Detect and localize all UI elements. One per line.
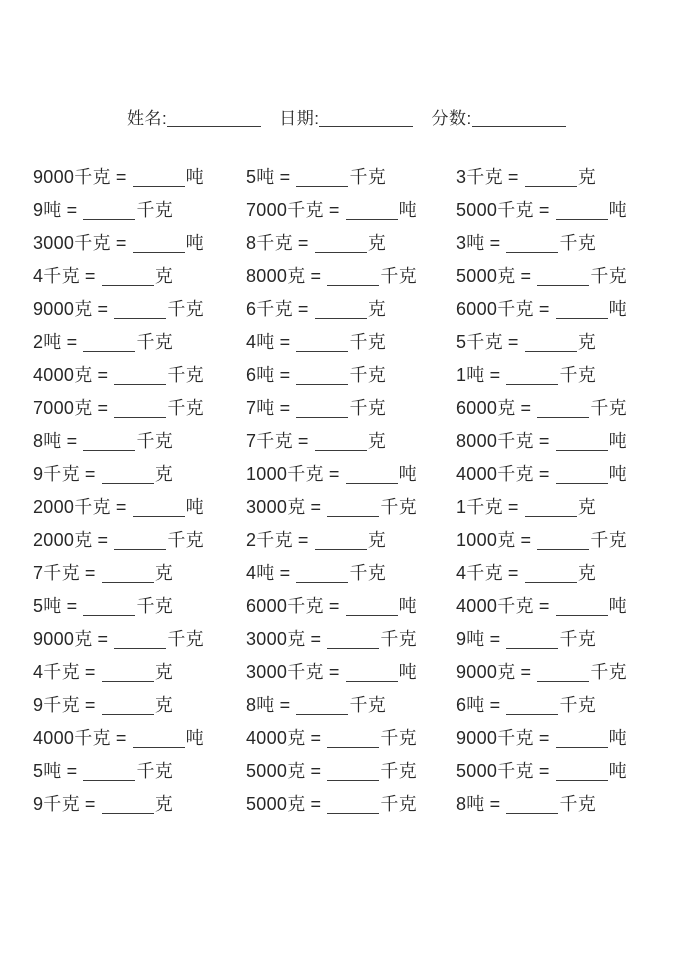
- answer-unit-label: 吨: [609, 728, 627, 748]
- problem-given-value: 9000克: [456, 662, 516, 682]
- problem-row: 8千克=克: [246, 227, 455, 260]
- equals-sign: =: [490, 794, 501, 814]
- equals-sign: =: [98, 299, 109, 319]
- problem-given-value: 4吨: [246, 332, 275, 352]
- problem-row: 1000克=千克: [456, 524, 676, 557]
- equals-sign: =: [116, 167, 127, 187]
- name-field-blank-line: [167, 122, 261, 127]
- answer-unit-label: 千克: [559, 695, 596, 715]
- problem-row: 9千克=克: [33, 788, 245, 821]
- answer-blank-line: [556, 776, 608, 781]
- answer-unit-label: 克: [578, 332, 596, 352]
- answer-blank-line: [327, 644, 379, 649]
- answer-blank-line: [83, 446, 135, 451]
- equals-sign: =: [539, 200, 550, 220]
- problem-row: 6吨=千克: [246, 359, 455, 392]
- answer-unit-label: 克: [155, 563, 173, 583]
- answer-blank-line: [102, 809, 154, 814]
- answer-unit-label: 千克: [136, 200, 173, 220]
- answer-unit-label: 千克: [167, 398, 204, 418]
- equals-sign: =: [85, 563, 96, 583]
- score-field: 分数:: [431, 104, 565, 129]
- equals-sign: =: [280, 695, 291, 715]
- problem-given-value: 6吨: [456, 695, 485, 715]
- answer-blank-line: [83, 347, 135, 352]
- problem-given-value: 2000克: [33, 530, 93, 550]
- answer-blank-line: [525, 182, 577, 187]
- problem-row: 2000克=千克: [33, 524, 245, 557]
- equals-sign: =: [98, 629, 109, 649]
- problem-given-value: 7吨: [246, 398, 275, 418]
- problem-given-value: 9000千克: [33, 167, 111, 187]
- answer-unit-label: 吨: [399, 464, 417, 484]
- equals-sign: =: [329, 596, 340, 616]
- problem-given-value: 3000千克: [33, 233, 111, 253]
- answer-blank-line: [556, 446, 608, 451]
- answer-unit-label: 千克: [349, 332, 386, 352]
- problem-row: 6000千克=吨: [456, 293, 676, 326]
- problem-row: 9吨=千克: [456, 623, 676, 656]
- equals-sign: =: [298, 431, 309, 451]
- problem-row: 4千克=克: [33, 656, 245, 689]
- problem-given-value: 9吨: [456, 629, 485, 649]
- equals-sign: =: [298, 233, 309, 253]
- answer-blank-line: [537, 413, 589, 418]
- problem-given-value: 9000克: [33, 299, 93, 319]
- equals-sign: =: [508, 332, 519, 352]
- problem-row: 4000千克=吨: [33, 722, 245, 755]
- equals-sign: =: [311, 266, 322, 286]
- problem-given-value: 4000千克: [456, 596, 534, 616]
- answer-blank-line: [315, 545, 367, 550]
- problem-given-value: 5吨: [33, 596, 62, 616]
- problem-given-value: 4吨: [246, 563, 275, 583]
- problem-row: 3吨=千克: [456, 227, 676, 260]
- problem-given-value: 9千克: [33, 464, 80, 484]
- problem-row: 3000克=千克: [246, 623, 455, 656]
- answer-blank-line: [83, 611, 135, 616]
- equals-sign: =: [508, 167, 519, 187]
- answer-blank-line: [296, 347, 348, 352]
- problem-row: 2千克=克: [246, 524, 455, 557]
- answer-blank-line: [525, 578, 577, 583]
- equals-sign: =: [85, 695, 96, 715]
- problem-row: 9000克=千克: [456, 656, 676, 689]
- name-field-label: 姓名:: [127, 104, 167, 129]
- answer-blank-line: [346, 479, 398, 484]
- answer-blank-line: [346, 215, 398, 220]
- problem-given-value: 5000千克: [456, 761, 534, 781]
- equals-sign: =: [67, 761, 78, 781]
- answer-blank-line: [506, 644, 558, 649]
- answer-unit-label: 吨: [609, 464, 627, 484]
- answer-blank-line: [556, 479, 608, 484]
- equals-sign: =: [311, 497, 322, 517]
- answer-unit-label: 吨: [609, 299, 627, 319]
- answer-blank-line: [114, 314, 166, 319]
- answer-blank-line: [506, 809, 558, 814]
- equals-sign: =: [539, 761, 550, 781]
- problem-given-value: 4千克: [456, 563, 503, 583]
- equals-sign: =: [539, 596, 550, 616]
- problem-given-value: 5000克: [246, 761, 306, 781]
- problem-row: 6千克=克: [246, 293, 455, 326]
- answer-unit-label: 吨: [186, 233, 204, 253]
- problem-given-value: 2吨: [33, 332, 62, 352]
- problem-row: 5000千克=吨: [456, 194, 676, 227]
- problem-given-value: 4000克: [33, 365, 93, 385]
- answer-unit-label: 千克: [380, 761, 417, 781]
- problem-given-value: 1千克: [456, 497, 503, 517]
- problem-row: 1000千克=吨: [246, 458, 455, 491]
- answer-unit-label: 吨: [186, 497, 204, 517]
- answer-blank-line: [114, 644, 166, 649]
- problem-given-value: 2千克: [246, 530, 293, 550]
- problem-row: 5千克=克: [456, 326, 676, 359]
- problem-row: 3000克=千克: [246, 491, 455, 524]
- problem-row: 9000千克=吨: [456, 722, 676, 755]
- problem-given-value: 7千克: [246, 431, 293, 451]
- problem-given-value: 1000克: [456, 530, 516, 550]
- answer-blank-line: [346, 611, 398, 616]
- answer-unit-label: 克: [155, 695, 173, 715]
- equals-sign: =: [490, 233, 501, 253]
- answer-blank-line: [296, 413, 348, 418]
- problem-row: 2吨=千克: [33, 326, 245, 359]
- answer-unit-label: 千克: [590, 662, 627, 682]
- problem-row: 2000千克=吨: [33, 491, 245, 524]
- problem-given-value: 8吨: [33, 431, 62, 451]
- equals-sign: =: [298, 299, 309, 319]
- equals-sign: =: [98, 398, 109, 418]
- problem-row: 5吨=千克: [246, 161, 455, 194]
- equals-sign: =: [311, 629, 322, 649]
- answer-unit-label: 吨: [609, 761, 627, 781]
- answer-blank-line: [506, 710, 558, 715]
- answer-unit-label: 克: [368, 233, 386, 253]
- problem-given-value: 4千克: [33, 662, 80, 682]
- equals-sign: =: [280, 365, 291, 385]
- equals-sign: =: [329, 464, 340, 484]
- equals-sign: =: [85, 464, 96, 484]
- answer-unit-label: 千克: [380, 266, 417, 286]
- answer-blank-line: [556, 611, 608, 616]
- problem-given-value: 6千克: [246, 299, 293, 319]
- answer-blank-line: [525, 347, 577, 352]
- answer-blank-line: [133, 248, 185, 253]
- answer-unit-label: 吨: [186, 167, 204, 187]
- problem-row: 5000克=千克: [246, 755, 455, 788]
- answer-unit-label: 千克: [349, 167, 386, 187]
- problem-given-value: 7000千克: [246, 200, 324, 220]
- answer-unit-label: 克: [578, 497, 596, 517]
- equals-sign: =: [329, 662, 340, 682]
- problem-row: 7000千克=吨: [246, 194, 455, 227]
- date-field: 日期:: [279, 104, 413, 129]
- answer-unit-label: 千克: [559, 365, 596, 385]
- problem-given-value: 3000千克: [246, 662, 324, 682]
- answer-unit-label: 千克: [559, 233, 596, 253]
- answer-unit-label: 千克: [590, 266, 627, 286]
- problem-given-value: 9千克: [33, 695, 80, 715]
- answer-unit-label: 千克: [136, 596, 173, 616]
- problem-given-value: 4000千克: [33, 728, 111, 748]
- problem-row: 9千克=克: [33, 689, 245, 722]
- problem-given-value: 3000克: [246, 629, 306, 649]
- answer-unit-label: 千克: [380, 629, 417, 649]
- worksheet-page: 姓名: 日期: 分数: 9000千克=吨9吨=千克3000千克=吨4千克=克90…: [0, 0, 684, 968]
- answer-blank-line: [102, 479, 154, 484]
- equals-sign: =: [311, 761, 322, 781]
- answer-blank-line: [296, 578, 348, 583]
- problem-row: 8000克=千克: [246, 260, 455, 293]
- answer-blank-line: [296, 380, 348, 385]
- problem-row: 7吨=千克: [246, 392, 455, 425]
- equals-sign: =: [116, 497, 127, 517]
- equals-sign: =: [85, 794, 96, 814]
- problem-row: 7千克=克: [246, 425, 455, 458]
- answer-unit-label: 吨: [609, 431, 627, 451]
- problem-row: 5吨=千克: [33, 590, 245, 623]
- problem-row: 7000克=千克: [33, 392, 245, 425]
- answer-unit-label: 克: [368, 530, 386, 550]
- answer-blank-line: [537, 677, 589, 682]
- equals-sign: =: [311, 728, 322, 748]
- answer-unit-label: 克: [155, 794, 173, 814]
- problem-given-value: 5000千克: [456, 200, 534, 220]
- problem-row: 8吨=千克: [246, 689, 455, 722]
- problem-given-value: 4000克: [246, 728, 306, 748]
- problem-row: 3000千克=吨: [33, 227, 245, 260]
- answer-unit-label: 克: [368, 431, 386, 451]
- answer-blank-line: [133, 743, 185, 748]
- problem-row: 4千克=克: [456, 557, 676, 590]
- answer-blank-line: [327, 743, 379, 748]
- answer-unit-label: 千克: [167, 530, 204, 550]
- answer-unit-label: 千克: [380, 497, 417, 517]
- answer-blank-line: [315, 314, 367, 319]
- equals-sign: =: [539, 431, 550, 451]
- equals-sign: =: [98, 365, 109, 385]
- answer-unit-label: 克: [155, 266, 173, 286]
- answer-blank-line: [102, 578, 154, 583]
- problem-row: 4千克=克: [33, 260, 245, 293]
- problem-given-value: 9000克: [33, 629, 93, 649]
- answer-unit-label: 千克: [380, 794, 417, 814]
- problem-given-value: 2000千克: [33, 497, 111, 517]
- problem-row: 4000克=千克: [246, 722, 455, 755]
- answer-blank-line: [525, 512, 577, 517]
- problem-row: 8吨=千克: [456, 788, 676, 821]
- problem-row: 5000克=千克: [246, 788, 455, 821]
- equals-sign: =: [280, 167, 291, 187]
- equals-sign: =: [508, 563, 519, 583]
- equals-sign: =: [521, 662, 532, 682]
- answer-unit-label: 吨: [399, 662, 417, 682]
- answer-unit-label: 克: [578, 563, 596, 583]
- equals-sign: =: [67, 431, 78, 451]
- equals-sign: =: [508, 497, 519, 517]
- problem-given-value: 9吨: [33, 200, 62, 220]
- answer-blank-line: [556, 215, 608, 220]
- answer-blank-line: [296, 710, 348, 715]
- equals-sign: =: [280, 332, 291, 352]
- answer-blank-line: [537, 545, 589, 550]
- equals-sign: =: [280, 398, 291, 418]
- problem-given-value: 8000千克: [456, 431, 534, 451]
- problem-row: 4000千克=吨: [456, 590, 676, 623]
- problem-row: 7千克=克: [33, 557, 245, 590]
- problem-row: 6000千克=吨: [246, 590, 455, 623]
- answer-unit-label: 千克: [136, 332, 173, 352]
- answer-blank-line: [315, 446, 367, 451]
- answer-blank-line: [83, 215, 135, 220]
- problem-row: 6吨=千克: [456, 689, 676, 722]
- score-field-label: 分数:: [431, 104, 471, 129]
- answer-unit-label: 千克: [349, 695, 386, 715]
- equals-sign: =: [490, 629, 501, 649]
- problem-given-value: 9000千克: [456, 728, 534, 748]
- problem-given-value: 4000千克: [456, 464, 534, 484]
- problem-given-value: 3千克: [456, 167, 503, 187]
- problem-given-value: 7千克: [33, 563, 80, 583]
- problem-given-value: 6000克: [456, 398, 516, 418]
- date-field-blank-line: [319, 122, 413, 127]
- problem-given-value: 3000克: [246, 497, 306, 517]
- answer-blank-line: [556, 743, 608, 748]
- answer-blank-line: [556, 314, 608, 319]
- answer-unit-label: 千克: [559, 629, 596, 649]
- problem-row: 3000千克=吨: [246, 656, 455, 689]
- answer-blank-line: [327, 776, 379, 781]
- answer-blank-line: [133, 182, 185, 187]
- answer-unit-label: 吨: [399, 596, 417, 616]
- problem-row: 5吨=千克: [33, 755, 245, 788]
- problem-given-value: 1000千克: [246, 464, 324, 484]
- problem-given-value: 5千克: [456, 332, 503, 352]
- problem-given-value: 8千克: [246, 233, 293, 253]
- problem-row: 4吨=千克: [246, 557, 455, 590]
- equals-sign: =: [85, 662, 96, 682]
- score-field-blank-line: [472, 122, 566, 127]
- problem-row: 9吨=千克: [33, 194, 245, 227]
- answer-unit-label: 吨: [186, 728, 204, 748]
- problem-row: 8吨=千克: [33, 425, 245, 458]
- problem-given-value: 6000千克: [456, 299, 534, 319]
- problem-row: 6000克=千克: [456, 392, 676, 425]
- answer-unit-label: 克: [155, 662, 173, 682]
- answer-blank-line: [102, 677, 154, 682]
- answer-blank-line: [114, 380, 166, 385]
- name-field: 姓名:: [127, 104, 261, 129]
- answer-blank-line: [346, 677, 398, 682]
- equals-sign: =: [539, 728, 550, 748]
- equals-sign: =: [67, 596, 78, 616]
- equals-sign: =: [280, 563, 291, 583]
- equals-sign: =: [521, 398, 532, 418]
- problem-given-value: 8吨: [246, 695, 275, 715]
- problem-given-value: 5000克: [246, 794, 306, 814]
- problem-given-value: 5吨: [246, 167, 275, 187]
- answer-unit-label: 千克: [349, 563, 386, 583]
- problem-row: 9000克=千克: [33, 623, 245, 656]
- equals-sign: =: [490, 695, 501, 715]
- equals-sign: =: [116, 728, 127, 748]
- answer-blank-line: [102, 710, 154, 715]
- answer-unit-label: 吨: [609, 200, 627, 220]
- answer-blank-line: [83, 776, 135, 781]
- problem-row: 9000千克=吨: [33, 161, 245, 194]
- equals-sign: =: [116, 233, 127, 253]
- answer-unit-label: 千克: [167, 629, 204, 649]
- answer-unit-label: 千克: [167, 365, 204, 385]
- answer-unit-label: 吨: [609, 596, 627, 616]
- answer-unit-label: 千克: [167, 299, 204, 319]
- answer-unit-label: 克: [368, 299, 386, 319]
- answer-blank-line: [114, 545, 166, 550]
- answer-blank-line: [133, 512, 185, 517]
- problem-row: 9000克=千克: [33, 293, 245, 326]
- problem-given-value: 1吨: [456, 365, 485, 385]
- worksheet-header: 姓名: 日期: 分数:: [127, 104, 566, 129]
- problem-row: 9千克=克: [33, 458, 245, 491]
- answer-unit-label: 克: [155, 464, 173, 484]
- problems-column-2: 5吨=千克7000千克=吨8千克=克8000克=千克6千克=克4吨=千克6吨=千…: [246, 161, 455, 821]
- answer-blank-line: [506, 248, 558, 253]
- equals-sign: =: [311, 794, 322, 814]
- problem-given-value: 8吨: [456, 794, 485, 814]
- equals-sign: =: [98, 530, 109, 550]
- answer-blank-line: [327, 281, 379, 286]
- problem-given-value: 8000克: [246, 266, 306, 286]
- equals-sign: =: [67, 332, 78, 352]
- equals-sign: =: [329, 200, 340, 220]
- answer-unit-label: 千克: [559, 794, 596, 814]
- problems-column-3: 3千克=克5000千克=吨3吨=千克5000克=千克6000千克=吨5千克=克1…: [456, 161, 676, 821]
- problem-given-value: 6000千克: [246, 596, 324, 616]
- equals-sign: =: [521, 266, 532, 286]
- problems-column-1: 9000千克=吨9吨=千克3000千克=吨4千克=克9000克=千克2吨=千克4…: [33, 161, 245, 821]
- answer-unit-label: 千克: [136, 761, 173, 781]
- answer-blank-line: [327, 809, 379, 814]
- answer-unit-label: 千克: [590, 398, 627, 418]
- problem-given-value: 3吨: [456, 233, 485, 253]
- problem-row: 4吨=千克: [246, 326, 455, 359]
- problem-given-value: 9千克: [33, 794, 80, 814]
- equals-sign: =: [85, 266, 96, 286]
- answer-blank-line: [102, 281, 154, 286]
- problem-row: 1吨=千克: [456, 359, 676, 392]
- answer-unit-label: 千克: [590, 530, 627, 550]
- problem-row: 3千克=克: [456, 161, 676, 194]
- equals-sign: =: [521, 530, 532, 550]
- problem-given-value: 7000克: [33, 398, 93, 418]
- problem-given-value: 6吨: [246, 365, 275, 385]
- problem-given-value: 4千克: [33, 266, 80, 286]
- equals-sign: =: [298, 530, 309, 550]
- equals-sign: =: [490, 365, 501, 385]
- problem-row: 5000克=千克: [456, 260, 676, 293]
- date-field-label: 日期:: [279, 104, 319, 129]
- answer-blank-line: [114, 413, 166, 418]
- equals-sign: =: [539, 299, 550, 319]
- problem-given-value: 5000克: [456, 266, 516, 286]
- answer-blank-line: [537, 281, 589, 286]
- answer-blank-line: [296, 182, 348, 187]
- problem-row: 4000克=千克: [33, 359, 245, 392]
- equals-sign: =: [539, 464, 550, 484]
- answer-unit-label: 千克: [349, 365, 386, 385]
